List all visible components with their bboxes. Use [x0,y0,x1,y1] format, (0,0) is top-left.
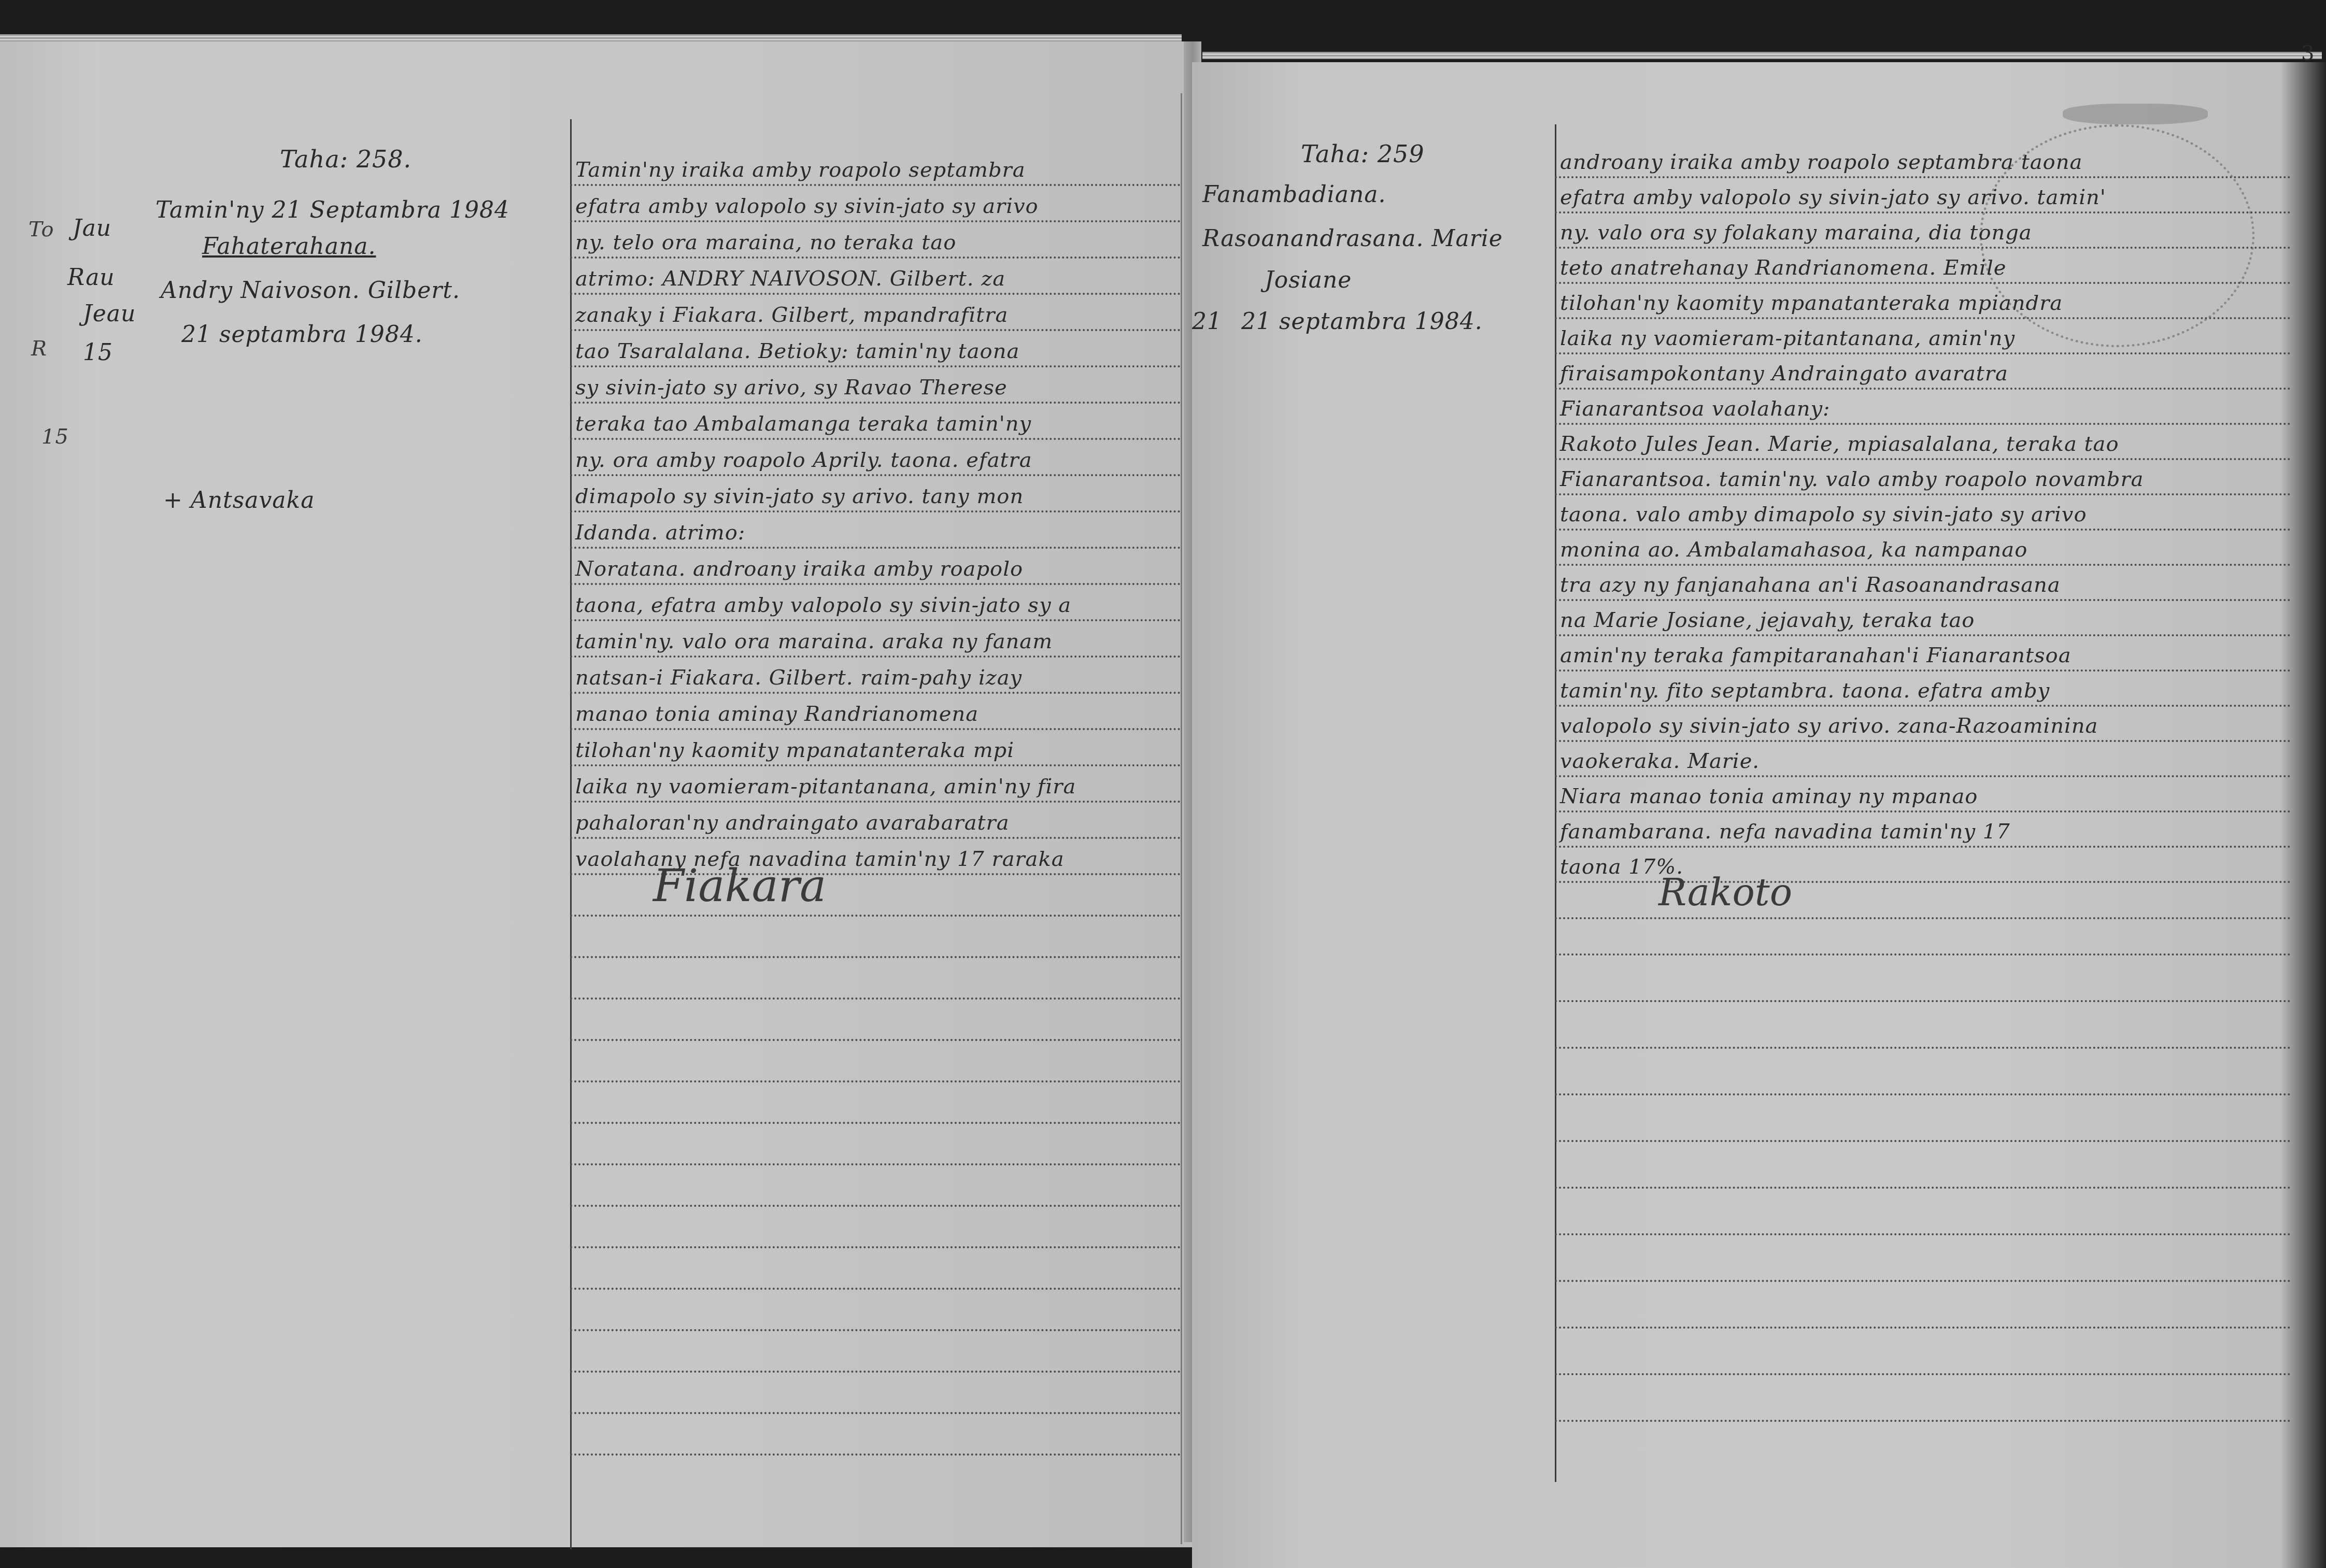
left-body-ruled-area: Tamin'ny iraika amby roapolo septambra e… [570,41,1181,1542]
left-body-line-18: laika ny vaomieram-pitantanana, amin'ny … [575,775,1076,799]
left-body-line-16: manao tonia aminay Randrianomena [575,702,978,726]
right-body-line-4: teto anatrehanay Randrianomena. Emile [1560,256,2006,280]
left-body-line-14: tamin'ny. valo ora maraina. araka ny fan… [575,630,1053,653]
left-body-line-8: teraka tao Ambalamanga teraka tamin'ny [575,412,1031,436]
right-body-line-3: ny. valo ora sy folakany maraina, dia to… [1560,221,2032,245]
right-body-line-8: Fianarantsoa vaolahany: [1560,397,1831,421]
left-body-line-19: pahaloran'ny andraingato avarabaratra [575,811,1010,835]
left-body-line-5: zanaky i Fiakara. Gilbert, mpandrafitra [575,303,1008,327]
right-body-line-9: Rakoto Jules Jean. Marie, mpiasalalana, … [1560,432,2119,456]
right-summary-date: 21 septambra 1984. [1241,308,1483,335]
left-summary-annotation: + Antsavaka [163,487,315,514]
left-summary-date: Tamin'ny 21 Septambra 1984 [155,197,509,223]
right-body-line-7: firaisampokontany Andraingato avaratra [1560,362,2008,386]
left-body-line-7: sy sivin-jato sy arivo, sy Ravao Therese [575,376,1008,400]
right-body-line-10: Fianarantsoa. tamin'ny. valo amby roapol… [1560,467,2144,491]
right-page: Taha: 259 Fanambadiana. Rasoanandrasana.… [1192,62,2326,1542]
right-body-line-15: amin'ny teraka fampitaranahan'i Fianaran… [1560,644,2072,667]
right-summary-person-name-2: Josiane [1265,267,1352,293]
right-body-line-11: taona. valo amby dimapolo sy sivin-jato … [1560,503,2087,526]
right-body-line-12: monina ao. Ambalamahasoa, ka nampanao [1560,538,2027,562]
right-body-line-6: laika ny vaomieram-pitantanana, amin'ny [1560,326,2015,350]
open-register-book: To R 15 Taha: 258. Jau Rau Jeau 15 Tamin… [0,0,2326,1542]
right-body-line-2: efatra amby valopolo sy sivin-jato sy ar… [1560,186,2106,209]
left-side-name-4: 15 [83,339,113,366]
left-entry-number: Taha: 258. [280,145,412,173]
right-entry-number: Taha: 259 [1301,140,1425,168]
left-body-line-17: tilohan'ny kaomity mpanatanteraka mpi [575,738,1014,762]
left-body-line-9: ny. ora amby roapolo Aprily. taona. efat… [575,448,1032,472]
margin-note-to: To [29,218,54,241]
right-body-line-17: valopolo sy sivin-jato sy arivo. zana-Ra… [1560,714,2098,738]
left-side-name-2: Rau [67,264,115,291]
right-body-line-16: tamin'ny. fito septambra. taona. efatra … [1560,679,2050,703]
left-body-line-13: taona, efatra amby valopolo sy sivin-jat… [575,593,1071,617]
right-body-line-19: Niara manao tonia aminay ny mpanao [1560,785,1978,808]
left-body-line-6: tao Tsaralalana. Betioky: tamin'ny taona [575,339,1019,363]
left-body-line-11: Idanda. atrimo: [575,521,745,545]
right-summary-person-name: Rasoanandrasana. Marie [1202,225,1503,252]
left-page: To R 15 Taha: 258. Jau Rau Jeau 15 Tamin… [0,41,1192,1542]
corner-page-mark: 3 [2301,41,2314,65]
left-body-line-3: ny. telo ora maraina, no teraka tao [575,231,956,254]
left-summary-person-name: Andry Naivoson. Gilbert. [161,277,460,304]
right-body-line-20: fanambarana. nefa navadina tamin'ny 17 [1560,820,2010,844]
left-body-line-10: dimapolo sy sivin-jato sy arivo. tany mo… [575,484,1024,508]
left-signature: Fiakara [653,860,826,912]
left-side-name-1: Jau [73,215,111,241]
right-body-line-1: androany iraika amby roapolo septambra t… [1560,150,2082,174]
left-summary-date-2: 21 septambra 1984. [181,321,423,348]
page-edge-stack-right [1202,52,2322,59]
left-body-line-15: natsan-i Fiakara. Gilbert. raim-pahy iza… [575,666,1022,690]
margin-note-15: 15 [41,425,69,449]
right-body-line-13: tra azy ny fanjanahana an'i Rasoanandras… [1560,573,2061,597]
left-summary-act-type: Fahaterahana. [202,233,376,260]
margin-note-r: R [31,337,47,361]
right-body-line-14: na Marie Josiane, jejavahy, teraka tao [1560,608,1975,632]
left-body-line-4: atrimo: ANDRY NAIVOSON. Gilbert. za [575,267,1005,291]
right-summary-date-mark: 21 [1192,308,1222,335]
right-body-ruled-area: androany iraika amby roapolo septambra t… [1555,62,2291,1542]
left-page-right-edge [1181,93,1182,1542]
left-body-line-2: efatra amby valopolo sy sivin-jato sy ar… [575,194,1039,218]
right-body-line-5: tilohan'ny kaomity mpanatanteraka mpiand… [1560,291,2063,315]
right-summary-act-type: Fanambadiana. [1202,181,1386,208]
left-body-line-12: Noratana. androany iraika amby roapolo [575,557,1023,581]
right-body-line-18: vaokeraka. Marie. [1560,749,1760,773]
right-signature: Rakoto [1658,871,1792,914]
left-side-name-3: Jeau [83,301,136,327]
left-body-line-1: Tamin'ny iraika amby roapolo septambra [575,158,1026,182]
page-edge-stack-left [0,34,1182,41]
